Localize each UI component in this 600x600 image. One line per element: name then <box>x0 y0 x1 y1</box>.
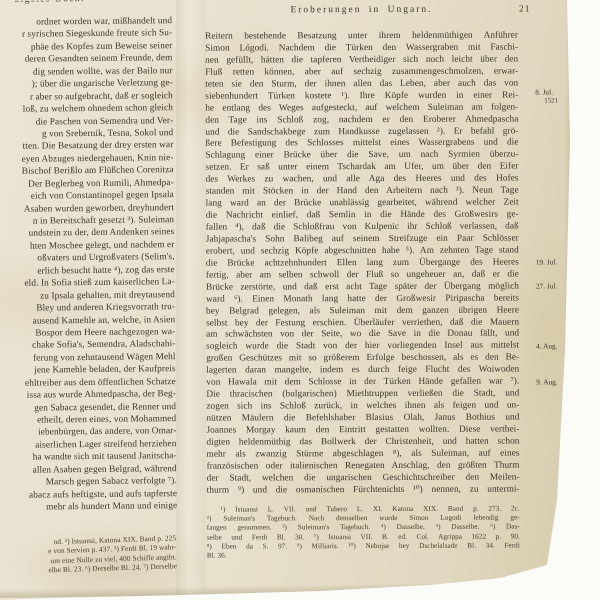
text-line: am schwächsten von der Seite, wo die Sav… <box>206 329 519 342</box>
running-header: Eroberungen in Ungarn. <box>205 5 518 16</box>
footnote-line: fangen genommen. ³) Suleiman's Tagebuch.… <box>207 523 520 533</box>
text-line: der Stadt, welchen die ungarischen Gesch… <box>207 472 520 485</box>
text-line: mehr als zwanzig Stürme abgeschlagen ⁸),… <box>207 448 520 461</box>
text-line: nen gefüllt, hätten die tapferen Verthei… <box>205 54 518 67</box>
left-body-text: ordnet worden war, mißhandelt undr syris… <box>0 15 177 514</box>
margin-date-note: 27. Jul. <box>536 281 557 290</box>
left-running-header: zigstes Buch. <box>15 0 85 5</box>
text-line: die Brücke achtzehnhundert Ellen lang zu… <box>206 257 519 270</box>
margin-date-note: 19. Jul. <box>536 257 557 266</box>
text-line: ward ⁶). Einen Monath lang hatte der Gro… <box>206 293 519 306</box>
margin-date-note: 4. Aug. <box>536 341 557 350</box>
text-line: zogen sich ins Schloß zurück, in welches… <box>206 401 519 414</box>
text-line: digten heldenmüthig das Bollwerk der Chr… <box>206 436 519 449</box>
text-line: Simon Lógodi. Nachdem die Türken den Was… <box>205 42 518 55</box>
text-line: standen mit Stöcken in der Hand den Arbe… <box>206 186 519 199</box>
text-line: Jahjapascha's Sohn Balibeg auf seinem St… <box>206 233 519 246</box>
footnote-line: Bl. 36. <box>207 550 520 560</box>
page-number: 21 <box>519 4 531 14</box>
text-line: ßere Befestigung des Schlosses mittelst … <box>205 138 518 151</box>
page-gutter <box>176 0 206 600</box>
text-line: nützen Mäulern die Befehlshaber Blasius … <box>206 413 519 426</box>
text-line: he entlang des Weges aufgesteckt, auf we… <box>205 102 518 115</box>
text-line: fallen ⁴), daß die Schloßfrau von Kulpen… <box>206 222 519 235</box>
text-line: teten sie den Sturm, der ihnen allen das… <box>205 78 518 91</box>
text-line: mehr als hundert Mann und einige <box>2 500 177 514</box>
text-line: französischen oder italienischen Renegat… <box>207 460 520 473</box>
right-page: Eroberungen in Ungarn. 21 Reitern besteh… <box>189 0 569 600</box>
text-line: bey Belgrad gelegen, als Suleiman mit de… <box>206 305 519 318</box>
text-line: erobert, und sechzig Köpfe abgeschnitten… <box>206 245 519 258</box>
margin-date-note: 9. Aug. <box>536 377 557 386</box>
footnote-line: ⁸) Eben da S. 97. ⁹) Milliaris. ¹⁰) Nebo… <box>207 541 520 551</box>
text-line: die Nachricht einlief, daß Semlin in die… <box>206 210 519 223</box>
left-footnote-block: nd. ²) Istuansi, Katona XIX. Band p. 225… <box>2 533 177 576</box>
left-page: zigstes Buch. ordnet worden war, mißhand… <box>0 0 181 600</box>
page-right-edge <box>563 0 574 560</box>
book-page-spread: zigstes Buch. ordnet worden war, mißhand… <box>0 0 600 600</box>
book-photo: zigstes Buch. ordnet worden war, mißhand… <box>0 0 600 600</box>
text-line: thurm ⁹) und die osmanischen Fürchtenich… <box>207 484 520 497</box>
text-line: Fluß retten können, aber auf sechzig zus… <box>205 66 518 79</box>
text-line: Joannes Morgay kaum den Eintritt gestatt… <box>206 424 519 437</box>
body-text: Reitern bestehende Besatzung unter ihrem… <box>205 31 520 498</box>
text-line: den Tage ins Schloß zog, nachdem er den … <box>205 114 518 127</box>
text-line: fertig, aber am selben schwoll der Fluß … <box>206 269 519 282</box>
text-line: Brücke zerstörte, und daß erst acht Tage… <box>206 281 519 294</box>
footnote-block: ¹) Istuansi L. VII. und Tubero L. XI. Ka… <box>207 505 520 561</box>
text-line: siebenhundert Türken kostete ¹). Ihre Kö… <box>205 90 518 103</box>
margin-date-note: 8. Jul.1521 <box>535 87 558 105</box>
text-line: Reitern bestehende Besatzung unter ihrem… <box>205 31 518 44</box>
